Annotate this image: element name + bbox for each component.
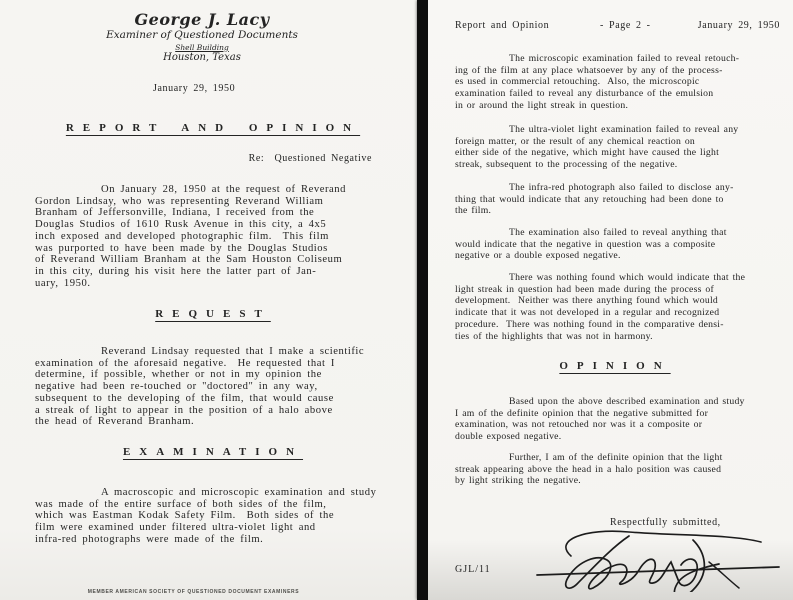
opening-paragraph: On January 28, 1950 at the request of Re… [35,184,410,289]
examination-paragraph: A macroscopic and microscopic examinatio… [35,487,410,546]
report-heading: REPORT AND OPINION [0,122,426,134]
re-line: Re: Questioned Negative [249,153,372,164]
letterhead-building: Shell Building [37,44,367,52]
opinion-paragraph: Based upon the above described examinati… [455,396,787,443]
member-society-footer: MEMBER AMERICAN SOCIETY OF QUESTIONED DO… [0,589,387,595]
header-page-number: - Page 2 - [600,20,651,31]
body-paragraph: The ultra-violet light examination faile… [455,124,787,171]
request-heading: REQUEST [0,308,426,320]
body-paragraph: The microscopic examination failed to re… [455,53,787,112]
opinion-heading: OPINION [428,360,793,372]
examination-heading: EXAMINATION [0,446,426,458]
letterhead-title: Examiner of Questioned Documents [37,30,367,41]
letterhead-name: George J. Lacy [37,12,367,29]
page-1: George J. Lacy Examiner of Questioned Do… [0,0,417,600]
request-paragraph: Reverand Lindsay requested that I make a… [35,346,410,428]
letterhead-city: Houston, Texas [37,53,367,64]
header-title: Report and Opinion [455,20,549,31]
body-paragraph: The infra-red photograph also failed to … [455,182,787,217]
scanned-document: George J. Lacy Examiner of Questioned Do… [0,0,793,600]
opinion-paragraph: Further, I am of the definite opinion th… [455,452,787,487]
letterhead: George J. Lacy Examiner of Questioned Do… [37,12,367,63]
date-line: January 29, 1950 [153,83,235,94]
page-2: Report and Opinion - Page 2 - January 29… [428,0,793,600]
typist-initials: GJL/11 [455,564,491,575]
header-date: January 29, 1950 [698,20,780,31]
page-gutter-divider [417,0,428,600]
signature [533,526,785,592]
body-paragraph: There was nothing found which would indi… [455,272,787,342]
body-paragraph: The examination also failed to reveal an… [455,227,787,262]
